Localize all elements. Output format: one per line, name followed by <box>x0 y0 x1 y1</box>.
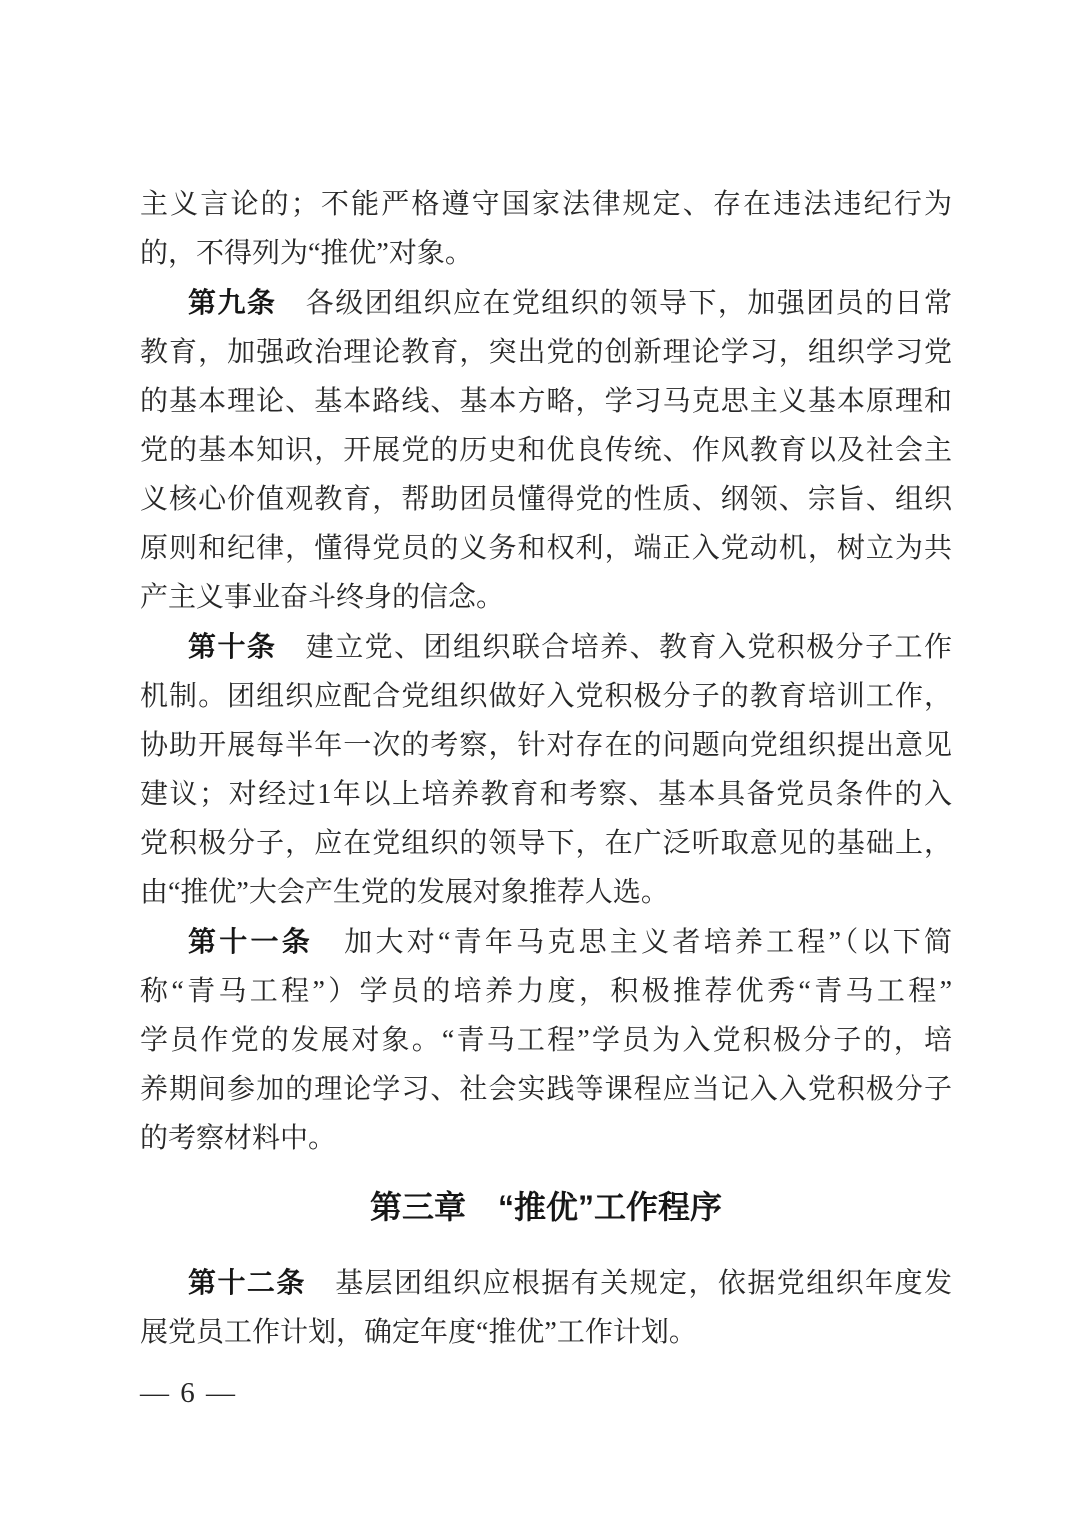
text-line: 党的基本知识，开展党的历史和优良传统、作风教育以及社会主 <box>140 426 952 475</box>
text-line: 党积极分子，应在党组织的领导下，在广泛听取意见的基础上， <box>140 819 952 868</box>
text-line: 主义言论的；不能严格遵守国家法律规定、存在违法违纪行为 <box>140 180 952 229</box>
article-number: 第十二条 <box>188 1267 306 1298</box>
document-body: 主义言论的；不能严格遵守国家法律规定、存在违法违纪行为的，不得列为“推优”对象。… <box>0 0 1080 1357</box>
document-footer: — 6 — <box>0 1369 1080 1418</box>
line-text: 建立党、团组织联合培养、教育入党积极分子工作 <box>276 632 952 663</box>
text-line: 原则和纪律，懂得党员的义务和权利，端正入党动机，树立为共 <box>140 524 952 573</box>
article-number: 第十一条 <box>188 926 313 957</box>
text-line: 由“推优”大会产生党的发展对象推荐人选。 <box>140 868 952 917</box>
chapter-heading: 第三章 “推优”工作程序 <box>140 1183 952 1232</box>
text-line: 协助开展每半年一次的考察，针对存在的问题向党组织提出意见 <box>140 721 952 770</box>
line-text: 基层团组织应根据有关规定，依据党组织年度发 <box>306 1268 952 1299</box>
paragraph: 主义言论的；不能严格遵守国家法律规定、存在违法违纪行为的，不得列为“推优”对象。 <box>140 180 952 278</box>
article-first-line: 第十条 建立党、团组织联合培养、教育入党积极分子工作 <box>140 622 952 672</box>
paragraph: 第十条 建立党、团组织联合培养、教育入党积极分子工作机制。团组织应配合党组织做好… <box>140 622 952 917</box>
document-page: 主义言论的；不能严格遵守国家法律规定、存在违法违纪行为的，不得列为“推优”对象。… <box>0 0 1080 1527</box>
text-line: 的基本理论、基本路线、基本方略，学习马克思主义基本原理和 <box>140 377 952 426</box>
article-first-line: 第九条 各级团组织应在党组织的领导下，加强团员的日常 <box>140 278 952 328</box>
text-line: 义核心价值观教育，帮助团员懂得党的性质、纲领、宗旨、组织 <box>140 475 952 524</box>
article-first-line: 第十一条 加大对“青年马克思主义者培养工程”（以下简 <box>140 917 952 967</box>
line-text: 加大对“青年马克思主义者培养工程”（以下简 <box>313 927 952 958</box>
article-first-line: 第十二条 基层团组织应根据有关规定，依据党组织年度发 <box>140 1258 952 1308</box>
paragraph: 第十一条 加大对“青年马克思主义者培养工程”（以下简称“青马工程”）学员的培养力… <box>140 917 952 1163</box>
text-line: 展党员工作计划，确定年度“推优”工作计划。 <box>140 1308 952 1357</box>
text-line: 建议；对经过1年以上培养教育和考察、基本具备党员条件的入 <box>140 770 952 819</box>
page-number: — 6 — <box>140 1369 952 1418</box>
article-number: 第九条 <box>188 287 276 318</box>
text-line: 机制。团组织应配合党组织做好入党积极分子的教育培训工作， <box>140 672 952 721</box>
text-line: 的考察材料中。 <box>140 1114 952 1163</box>
text-line: 养期间参加的理论学习、社会实践等课程应当记入入党积极分子 <box>140 1065 952 1114</box>
text-line: 产主义事业奋斗终身的信念。 <box>140 573 952 622</box>
line-text: 各级团组织应在党组织的领导下，加强团员的日常 <box>276 288 952 319</box>
text-line: 教育，加强政治理论教育，突出党的创新理论学习，组织学习党 <box>140 328 952 377</box>
article-number: 第十条 <box>188 631 276 662</box>
paragraph: 第十二条 基层团组织应根据有关规定，依据党组织年度发展党员工作计划，确定年度“推… <box>140 1258 952 1357</box>
text-line: 学员作党的发展对象。“青马工程”学员为入党积极分子的，培 <box>140 1016 952 1065</box>
text-line: 的，不得列为“推优”对象。 <box>140 229 952 278</box>
paragraph: 第九条 各级团组织应在党组织的领导下，加强团员的日常教育，加强政治理论教育，突出… <box>140 278 952 622</box>
text-line: 称“青马工程”）学员的培养力度，积极推荐优秀“青马工程” <box>140 967 952 1016</box>
